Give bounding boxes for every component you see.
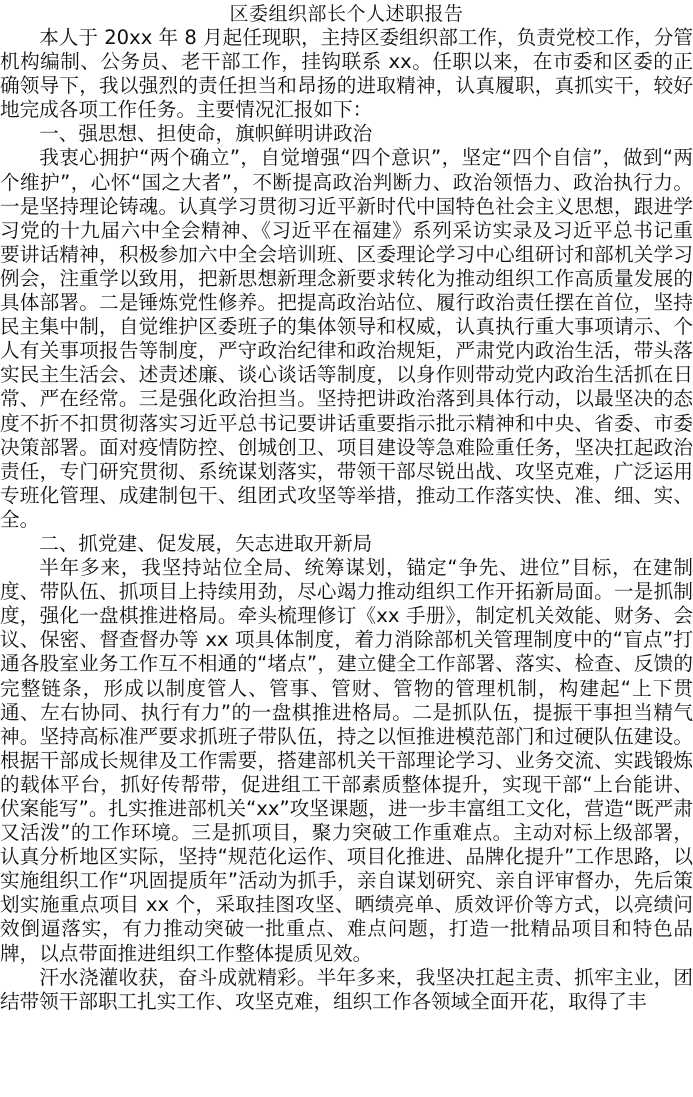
section-body-2: 半年多来，我坚持站位全局、统筹谋划，锚定“争先、进位”目标，在建制度、带队伍、抓… <box>0 556 693 966</box>
section-heading-2: 二、抓党建、促发展，矢志进取开新局 <box>0 532 693 556</box>
intro-paragraph: 本人于 20xx 年 8 月起任现职，主持区委组织部工作，负责党校工作，分管机构… <box>0 26 693 122</box>
closing-paragraph: 汗水浇灌收获，奋斗成就精彩。半年多来，我坚决扛起主责、抓牢主业，团结带领干部职工… <box>0 966 693 1014</box>
document-page: 区委组织部长个人述职报告 本人于 20xx 年 8 月起任现职，主持区委组织部工… <box>0 0 693 1014</box>
section-body-1: 我衷心拥护“两个确立”，自觉增强“四个意识”，坚定“四个自信”，做到“两个维护”… <box>0 146 693 532</box>
document-title: 区委组织部长个人述职报告 <box>0 2 693 26</box>
section-heading-1: 一、强思想、担使命，旗帜鲜明讲政治 <box>0 122 693 146</box>
